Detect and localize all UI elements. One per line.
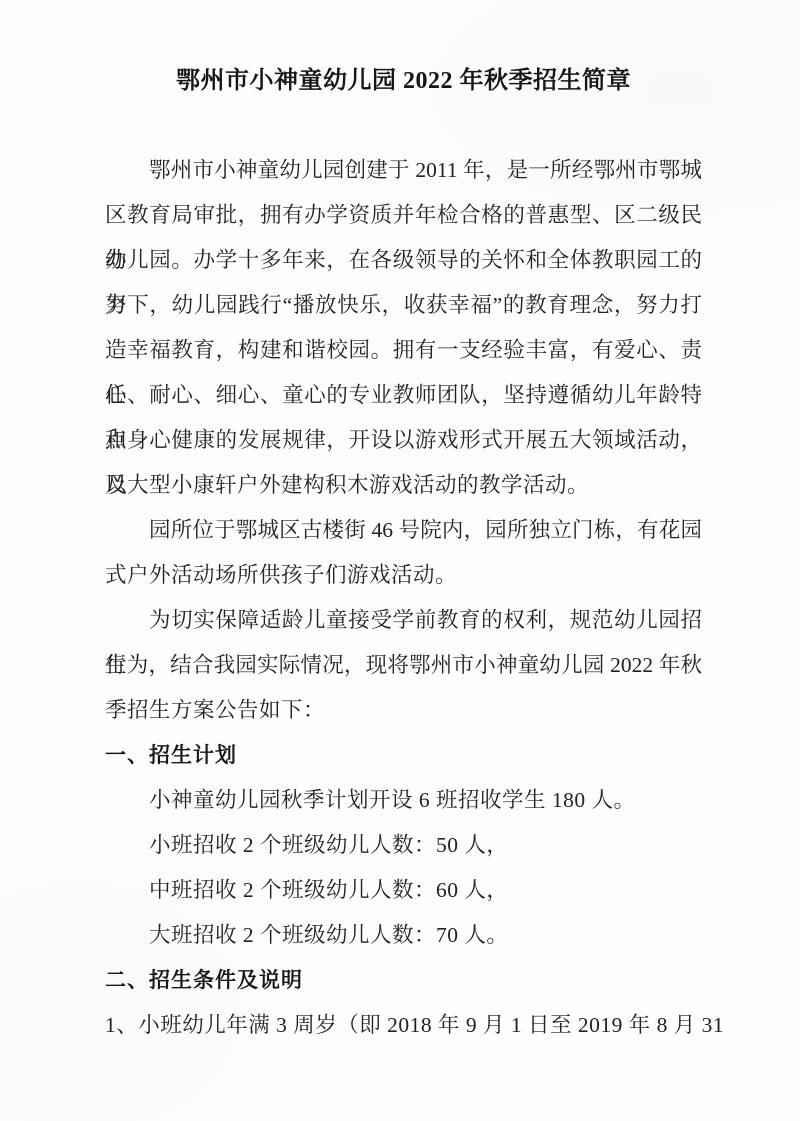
scanned-document-page: 鄂州市小神童幼儿园 2022 年秋季招生简章 鄂州市小神童幼儿园创建于 2011… bbox=[0, 0, 800, 1121]
paragraph-line: 幼儿园。办学十多年来，在各级领导的关怀和全体教职园工的努 bbox=[105, 238, 702, 283]
paragraph-line: 力下，幼儿园践行“播放快乐，收获幸福”的教育理念，努力打 bbox=[105, 283, 702, 328]
paragraph-line: 造幸福教育，构建和谐校园。拥有一支经验丰富，有爱心、责任 bbox=[105, 328, 702, 373]
paragraph-line: 小神童幼儿园秋季计划开设 6 班招收学生 180 人。 bbox=[105, 778, 702, 823]
section-heading-enrollment-conditions: 二、招生条件及说明 bbox=[105, 958, 702, 1003]
paragraph-line: 1、小班幼儿年满 3 周岁（即 2018 年 9 月 1 日至 2019 年 8… bbox=[105, 1003, 702, 1048]
paragraph-line: 行为，结合我园实际情况，现将鄂州市小神童幼儿园 2022 年秋 bbox=[105, 643, 702, 688]
section-heading-enrollment-plan: 一、招生计划 bbox=[105, 733, 702, 778]
paragraph-line: 及大型小康轩户外建构积木游戏活动的教学活动。 bbox=[105, 463, 702, 508]
paragraph-line: 为切实保障适龄儿童接受学前教育的权利，规范幼儿园招生 bbox=[105, 598, 702, 643]
paragraph-line: 区教育局审批，拥有办学资质并年检合格的普惠型、区二级民办 bbox=[105, 193, 702, 238]
paragraph-line: 大班招收 2 个班级幼儿人数：70 人。 bbox=[105, 913, 702, 958]
document-title: 鄂州市小神童幼儿园 2022 年秋季招生简章 bbox=[105, 60, 702, 95]
paragraph-line: 式户外活动场所供孩子们游戏活动。 bbox=[105, 553, 702, 598]
paragraph-line: 心、耐心、细心、童心的专业教师团队，坚持遵循幼儿年龄特点 bbox=[105, 373, 702, 418]
paragraph-line: 季招生方案公告如下： bbox=[105, 688, 702, 733]
paragraph-line: 和身心健康的发展规律，开设以游戏形式开展五大领域活动，以 bbox=[105, 418, 702, 463]
paragraph-line: 中班招收 2 个班级幼儿人数：60 人， bbox=[105, 868, 702, 913]
paragraph-line: 小班招收 2 个班级幼儿人数：50 人， bbox=[105, 823, 702, 868]
document-content: 鄂州市小神童幼儿园 2022 年秋季招生简章 鄂州市小神童幼儿园创建于 2011… bbox=[105, 60, 702, 1048]
paragraph-line: 园所位于鄂城区古楼街 46 号院内，园所独立门栋，有花园 bbox=[105, 508, 702, 553]
paragraph-line: 鄂州市小神童幼儿园创建于 2011 年，是一所经鄂州市鄂城 bbox=[105, 148, 702, 193]
